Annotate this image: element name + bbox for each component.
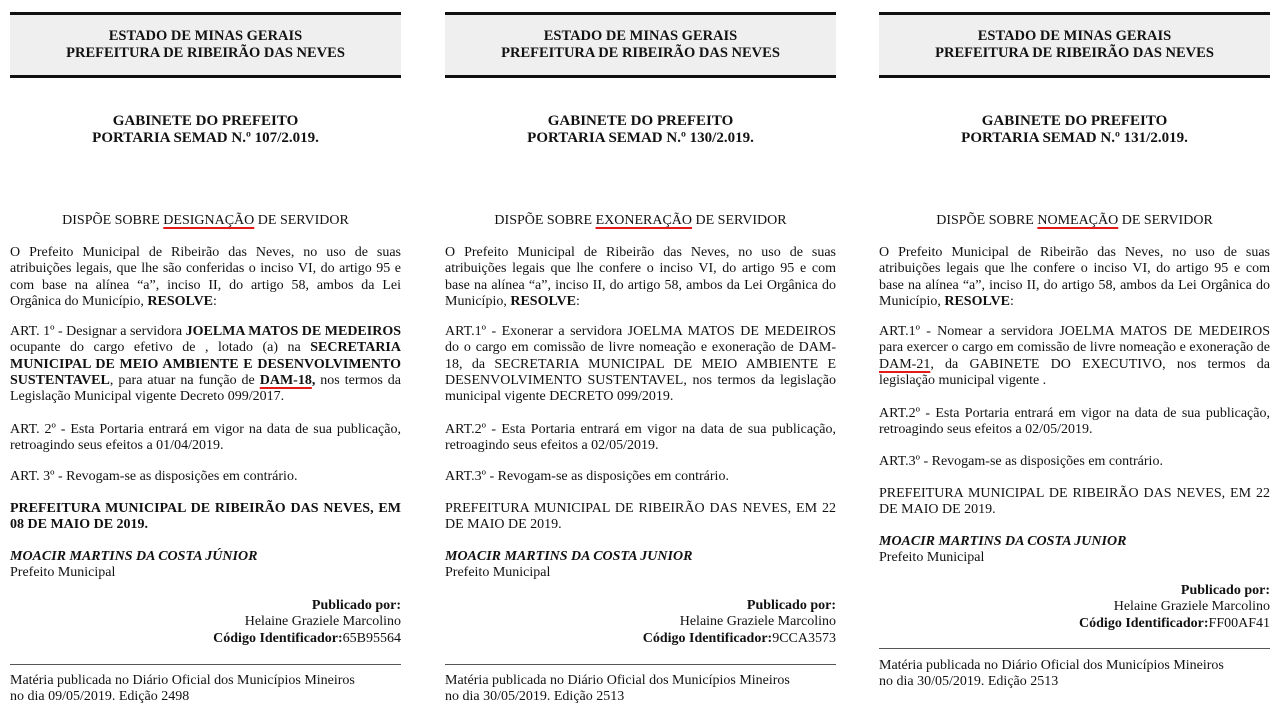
city-hall-name: PREFEITURA DE RIBEIRÃO DAS NEVES [445, 45, 836, 62]
closing-statement: PREFEITURA MUNICIPAL DE RIBEIRÃO DAS NEV… [445, 501, 836, 534]
ordinance-number: PORTARIA SEMAD N.º 131/2.019. [879, 130, 1270, 147]
preamble: O Prefeito Municipal de Ribeirão das Nev… [879, 245, 1270, 310]
document-title: GABINETE DO PREFEITO PORTARIA SEMAD N.º … [445, 113, 836, 147]
publication-footer: Matéria publicada no Diário Oficial dos … [879, 658, 1270, 691]
signer-role: Prefeito Municipal [879, 550, 1270, 566]
identifier-code: 9CCA3573 [772, 631, 836, 646]
preamble: O Prefeito Municipal de Ribeirão das Nev… [445, 245, 836, 310]
publisher-name: Helaine Graziele Marcolino [879, 599, 1270, 615]
article-1: ART.1º - Exonerar a servidora JOELMA MAT… [445, 324, 836, 405]
divider [445, 664, 836, 665]
closing-statement: PREFEITURA MUNICIPAL DE RIBEIRÃO DAS NEV… [10, 501, 401, 534]
divider [879, 648, 1270, 649]
article-1: ART.1º - Nomear a servidora JOELMA MATOS… [879, 324, 1270, 389]
office-name: GABINETE DO PREFEITO [445, 113, 836, 130]
publication-info: Publicado por: Helaine Graziele Marcolin… [10, 598, 401, 647]
preamble: O Prefeito Municipal de Ribeirão das Nev… [10, 245, 401, 310]
ordinance-number: PORTARIA SEMAD N.º 130/2.019. [445, 130, 836, 147]
signer-role: Prefeito Municipal [10, 565, 401, 581]
subject-highlight: DESIGNAÇÃO [163, 213, 254, 228]
portaria-107: ESTADO DE MINAS GERAIS PREFEITURA DE RIB… [10, 0, 401, 720]
city-hall-name: PREFEITURA DE RIBEIRÃO DAS NEVES [10, 45, 401, 62]
signer-role: Prefeito Municipal [445, 565, 836, 581]
publisher-name: Helaine Graziele Marcolino [445, 614, 836, 630]
article-2: ART. 2º - Esta Portaria entrará em vigor… [10, 422, 401, 455]
document-title: GABINETE DO PREFEITO PORTARIA SEMAD N.º … [10, 113, 401, 147]
document-header: ESTADO DE MINAS GERAIS PREFEITURA DE RIB… [879, 12, 1270, 78]
subject-highlight: NOMEAÇÃO [1037, 213, 1118, 228]
city-hall-name: PREFEITURA DE RIBEIRÃO DAS NEVES [879, 45, 1270, 62]
subject-highlight: EXONERAÇÃO [596, 213, 692, 228]
closing-statement: PREFEITURA MUNICIPAL DE RIBEIRÃO DAS NEV… [879, 486, 1270, 519]
office-name: GABINETE DO PREFEITO [879, 113, 1270, 130]
position-code: DAM-21 [879, 357, 930, 372]
article-3: ART.3º - Revogam-se as disposições em co… [879, 454, 1270, 470]
document-header: ESTADO DE MINAS GERAIS PREFEITURA DE RIB… [445, 12, 836, 78]
portaria-130: ESTADO DE MINAS GERAIS PREFEITURA DE RIB… [445, 0, 836, 720]
publication-footer: Matéria publicada no Diário Oficial dos … [10, 673, 401, 706]
state-name: ESTADO DE MINAS GERAIS [10, 28, 401, 45]
state-name: ESTADO DE MINAS GERAIS [879, 28, 1270, 45]
subject-line: DISPÕE SOBRE NOMEAÇÃO DE SERVIDOR [879, 212, 1270, 229]
office-name: GABINETE DO PREFEITO [10, 113, 401, 130]
position-code: DAM-18 [260, 373, 312, 388]
signature-block: MOACIR MARTINS DA COSTA JUNIOR Prefeito … [445, 549, 836, 582]
portaria-131: ESTADO DE MINAS GERAIS PREFEITURA DE RIB… [879, 0, 1270, 720]
signer-name: MOACIR MARTINS DA COSTA JUNIOR [445, 549, 836, 565]
article-1: ART. 1º - Designar a servidora JOELMA MA… [10, 324, 401, 405]
document-header: ESTADO DE MINAS GERAIS PREFEITURA DE RIB… [10, 12, 401, 78]
subject-line: DISPÕE SOBRE DESIGNAÇÃO DE SERVIDOR [10, 212, 401, 229]
state-name: ESTADO DE MINAS GERAIS [445, 28, 836, 45]
identifier-code: FF00AF41 [1209, 616, 1270, 631]
publication-info: Publicado por: Helaine Graziele Marcolin… [879, 583, 1270, 632]
article-2: ART.2º - Esta Portaria entrará em vigor … [445, 422, 836, 455]
subject-line: DISPÕE SOBRE EXONERAÇÃO DE SERVIDOR [445, 212, 836, 229]
signer-name: MOACIR MARTINS DA COSTA JUNIOR [879, 534, 1270, 550]
publication-info: Publicado por: Helaine Graziele Marcolin… [445, 598, 836, 647]
publication-footer: Matéria publicada no Diário Oficial dos … [445, 673, 836, 706]
publisher-name: Helaine Graziele Marcolino [10, 614, 401, 630]
ordinance-number: PORTARIA SEMAD N.º 107/2.019. [10, 130, 401, 147]
signer-name: MOACIR MARTINS DA COSTA JÚNIOR [10, 549, 401, 565]
divider [10, 664, 401, 665]
article-3: ART. 3º - Revogam-se as disposições em c… [10, 469, 401, 485]
article-3: ART.3º - Revogam-se as disposições em co… [445, 469, 836, 485]
identifier-code: 65B95564 [343, 631, 401, 646]
signature-block: MOACIR MARTINS DA COSTA JUNIOR Prefeito … [879, 534, 1270, 567]
article-2: ART.2º - Esta Portaria entrará em vigor … [879, 406, 1270, 439]
document-title: GABINETE DO PREFEITO PORTARIA SEMAD N.º … [879, 113, 1270, 147]
signature-block: MOACIR MARTINS DA COSTA JÚNIOR Prefeito … [10, 549, 401, 582]
